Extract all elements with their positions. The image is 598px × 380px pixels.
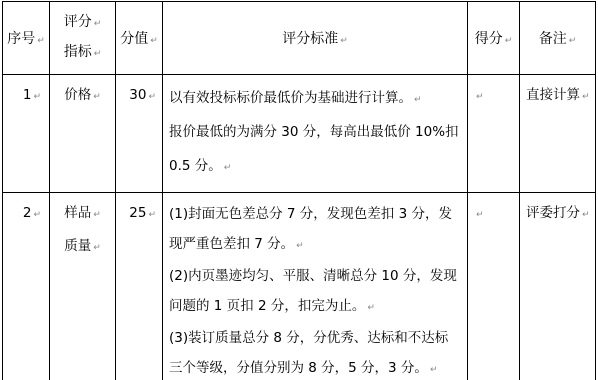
cell-score: 30↵ (116, 75, 163, 193)
header-row: 序号↵ 评分↵ 指标↵ 分值↵ 评分标准↵ 得分↵ 备注↵ (3, 2, 596, 75)
cell-score: 25↵ (116, 193, 163, 380)
table-row: 1↵ 价格↵ 30↵ 以有效投标标价最低价为基础进行计算。↵ 报价最低的为满分 … (3, 75, 596, 193)
cell-no: 2↵ (3, 193, 50, 380)
header-indicator: 评分↵ 指标↵ (50, 2, 116, 75)
cell-standard: 以有效投标标价最低价为基础进行计算。↵ 报价最低的为满分 30 分，每高出最低价… (163, 75, 468, 193)
cell-indicator: 样品↵ 质量↵ (50, 193, 116, 380)
cell-indicator: 价格↵ (50, 75, 116, 193)
cell-no: 1↵ (3, 75, 50, 193)
cell-remark: 直接计算↵ (520, 75, 596, 193)
header-score: 分值↵ (116, 2, 163, 75)
header-obtained: 得分↵ (468, 2, 520, 75)
header-remark: 备注↵ (520, 2, 596, 75)
table-row: 2↵ 样品↵ 质量↵ 25↵ (1)封面无色差总分 7 分，发现色差扣 3 分，… (3, 193, 596, 380)
cell-obtained[interactable]: ↵ (468, 193, 520, 380)
header-standard: 评分标准↵ (163, 2, 468, 75)
cell-obtained[interactable]: ↵ (468, 75, 520, 193)
cell-standard: (1)封面无色差总分 7 分，发现色差扣 3 分，发 现严重色差扣 7 分。↵ … (163, 193, 468, 380)
header-no: 序号↵ (3, 2, 50, 75)
cell-remark: 评委打分↵ (520, 193, 596, 380)
scoring-table: 序号↵ 评分↵ 指标↵ 分值↵ 评分标准↵ 得分↵ 备注↵ 1↵ 价格↵ 30↵… (2, 1, 596, 380)
